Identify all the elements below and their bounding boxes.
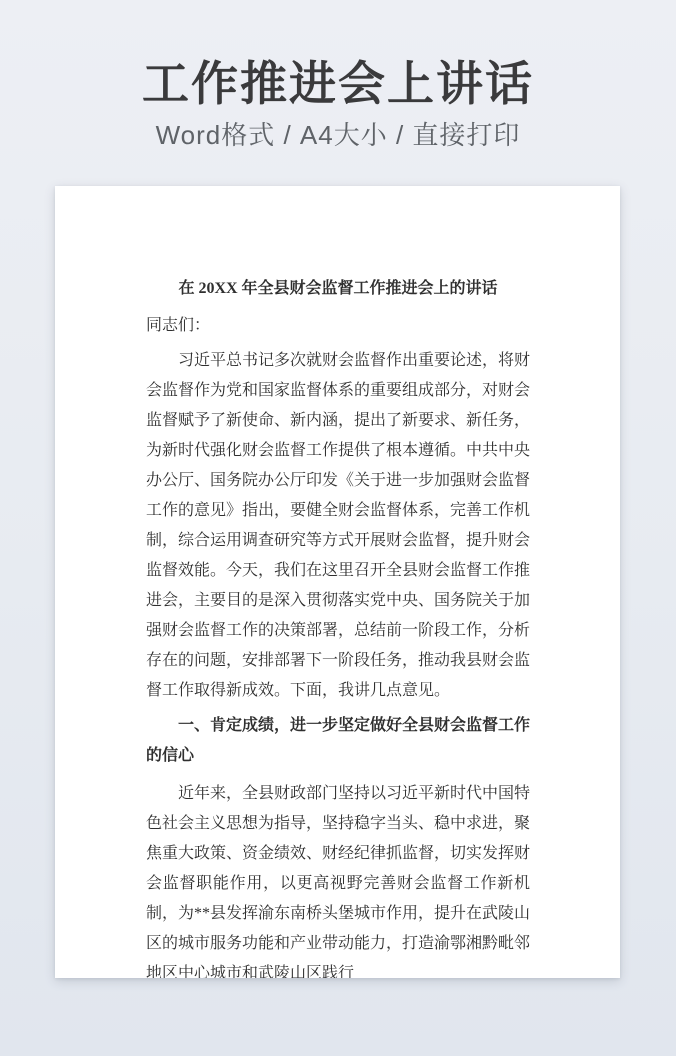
document-salutation: 同志们： xyxy=(146,311,530,341)
page-subtitle: Word格式 / A4大小 / 直接打印 xyxy=(0,119,676,151)
header-banner: 工作推进会上讲话 Word格式 / A4大小 / 直接打印 xyxy=(0,0,676,151)
document-title: 在 20XX 年全县财会监督工作推进会上的讲话 xyxy=(146,274,530,304)
document-paragraph: 近年来，全县财政部门坚持以习近平新时代中国特色社会主义思想为指导，坚持稳字当头、… xyxy=(146,779,530,978)
document-preview-sheet: 在 20XX 年全县财会监督工作推进会上的讲话 同志们： 习近平总书记多次就财会… xyxy=(55,186,620,978)
document-paragraph: 习近平总书记多次就财会监督作出重要论述，将财会监督作为党和国家监督体系的重要组成… xyxy=(146,346,530,706)
document-section-heading: 一、肯定成绩，进一步坚定做好全县财会监督工作的信心 xyxy=(146,711,530,771)
page-title: 工作推进会上讲话 xyxy=(0,56,676,112)
template-preview-page: { "header": { "title": "工作推进会上讲话", "subt… xyxy=(0,0,676,1056)
